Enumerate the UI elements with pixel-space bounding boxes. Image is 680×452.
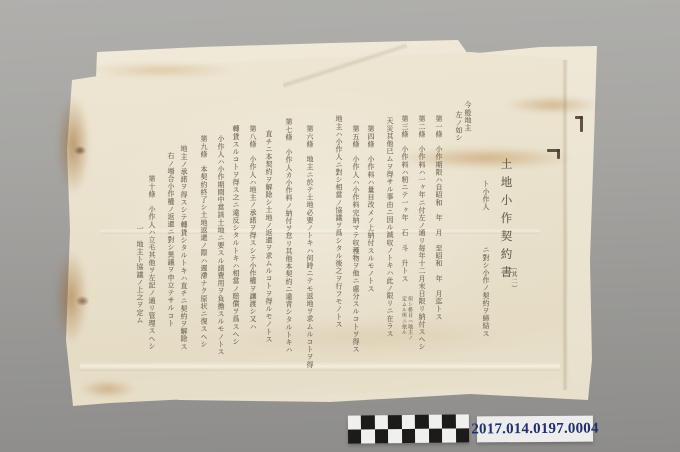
document-text-column: 第一條 小作期限ハ自昭和 年 月 至昭和 年 月迄トス xyxy=(435,115,442,320)
document-text-column: 定ムル所ニ依ル xyxy=(401,296,406,335)
document-text-column: 第四條 小作料ハ量目改メノ上納付スルモノトス xyxy=(367,125,374,292)
scale-bar-cell xyxy=(388,415,402,429)
document-text-column: 直チニ本契約ヲ解除シ土地ノ返還ヲ求ムルコトヲ得ルモノトス xyxy=(265,130,272,343)
document-text-column: 第八條 小作人ハ地主ノ承諾ヲ得スシテ小作權ヲ讓渡シ又ハ xyxy=(249,125,256,330)
staple-mark-icon xyxy=(575,116,583,119)
document-text-column: 轉貸スルコトヲ得ス之ニ違反シタルトキハ相當ノ賠償ヲ爲スヘシ xyxy=(232,125,239,345)
document-text-column: 一 地主ト協議ノ上之ヲ定ム xyxy=(136,225,143,324)
document-text-column: 第六條 地主ニ於テ土地必要ノトキハ何時ニテモ返地ヲ求ムルコトヲ得 xyxy=(306,125,313,368)
color-scale-bar xyxy=(348,414,469,443)
document-text-column: 今般地主 xyxy=(464,101,471,131)
scale-bar-cell xyxy=(455,414,469,428)
scale-bar-cell xyxy=(456,428,470,442)
scale-bar-cell xyxy=(442,415,456,429)
catalog-number-text: 2017.014.0197.0004 xyxy=(471,420,598,438)
document-text-column: 右ノ場合小作權ノ返還ニ對シ異議ヲ申立テサルコト xyxy=(167,152,174,327)
document-text-column: ト小作人 xyxy=(482,180,489,210)
scale-bar-cell xyxy=(348,429,362,443)
scale-bar-cell xyxy=(388,429,402,443)
scale-bar-cell xyxy=(415,429,429,443)
scale-bar-cell xyxy=(375,429,389,443)
document-text-column: 地主ハ小作人ニ對シ相當ノ協議ヲ爲シタル後之ヲ行フモノトス xyxy=(335,115,342,328)
photo-backdrop: 土地小作契約書 （其二） ト小作人ニ對シ小作ノ契約ヲ締結ス今般地主左ノ如シ第一條… xyxy=(0,0,680,452)
scale-bar-cell xyxy=(442,429,456,443)
scale-bar-cell xyxy=(361,415,375,429)
document-text-column: 第九條 本契約終了シ土地返還ノ際ハ遲滯ナク原状ニ復スヘシ xyxy=(200,135,207,348)
document-text-column: 第三條 小作料ハ籾ニテ一ヶ年 石 斗 升トス xyxy=(401,115,408,282)
document-text-column: 小作人ハ小作期間中當該土地ニ要スル諸費用ヲ負擔スルモノトス xyxy=(217,135,224,355)
scale-bar-cell xyxy=(429,415,443,429)
document-text-column: 第七條 小作人カ小作料ノ納付ヲ怠リ其他本契約ニ違背シタルトキハ xyxy=(285,118,292,354)
document-text-column: 但シ枡目ハ地主ノ xyxy=(407,296,412,341)
scale-bar-cell xyxy=(415,415,429,429)
document-text-column: 左ノ如シ xyxy=(455,111,462,141)
document-text-column: 第二條 小作料ハ一ヶ年ニ付左ノ通リ毎年十二月末日限リ納付スヘシ xyxy=(418,115,425,351)
scale-bar-cell xyxy=(361,429,375,443)
document-text-column: 天災其他已ムヲ得サル事由ニ因ル減収ノトキハ此ノ限リニ在ラス xyxy=(386,117,393,337)
document-text-column: ニ對シ小作ノ契約ヲ締結ス xyxy=(482,246,489,337)
scale-bar-cell xyxy=(348,415,362,429)
scale-bar-cell xyxy=(402,429,416,443)
scale-bar-cell xyxy=(429,429,443,443)
document-text-column: 第五條 小作人ハ小作料完納マテ収穫物ヲ他ニ處分スルコトヲ得ス xyxy=(352,125,359,353)
staple-mark-icon xyxy=(557,149,560,159)
scale-bar-cell xyxy=(375,415,389,429)
document-text-column: 第十條 小作人ハ立毛其他ヲ左記ノ通リ管理スヘシ xyxy=(148,175,155,350)
catalog-number-label: 2017.014.0197.0004 xyxy=(477,416,593,443)
document-title-note: （其二） xyxy=(510,264,516,292)
scale-bar-cell xyxy=(402,415,416,429)
document-text-column: 地主ノ承諾ヲ得スシテ轉貸シタルトキハ直チニ契約ヲ解除ス xyxy=(180,145,187,350)
